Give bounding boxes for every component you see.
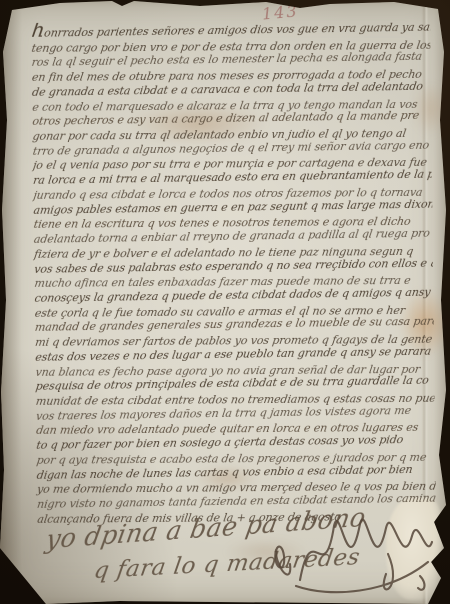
text-block: honrrados parientes señores e amigos dio… (30, 18, 436, 527)
manuscript-line: honrrados parientes señores e amigos dio… (30, 18, 433, 42)
signature-rubric-flourish (270, 498, 440, 602)
manuscript-photo: 143 honrrados parientes señores e amigos… (0, 0, 450, 604)
manuscript-page: 143 honrrados parientes señores e amigos… (0, 0, 450, 604)
